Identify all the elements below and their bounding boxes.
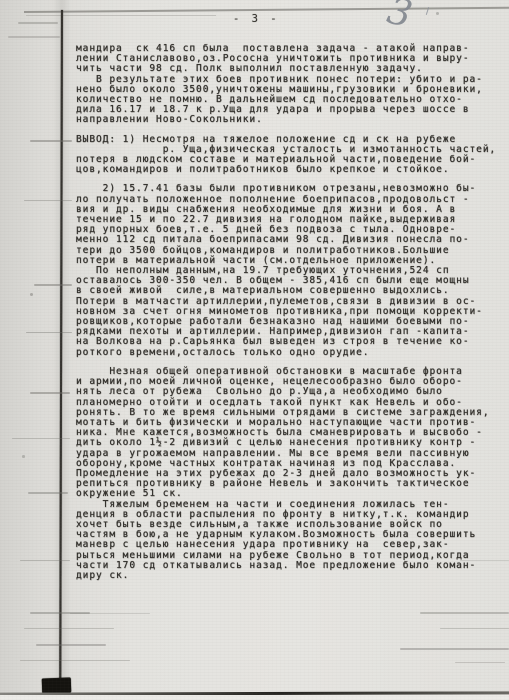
scan-speck — [30, 293, 33, 296]
text-line: дить около 1½-2 дивизий с целью нанесени… — [76, 438, 504, 448]
text-line: направлении Ново-Сокольники. — [76, 115, 504, 125]
text-line: цов,командиров и политработников было кр… — [76, 165, 504, 175]
page-number: - 3 - — [233, 13, 280, 25]
scan-streak — [20, 660, 130, 661]
scan-streak — [70, 613, 150, 614]
scanned-page: - 3 - 3 мандира ск 416 сп была поставлен… — [0, 0, 509, 700]
top-edge-line — [24, 7, 509, 13]
scan-speck — [22, 455, 25, 458]
scan-streak — [455, 662, 505, 663]
typed-document-text: мандира ск 416 сп была поставлена задача… — [76, 44, 504, 581]
paragraph: 2) 15.7.41 базы были противником отрезан… — [76, 184, 504, 357]
text-line: нять леса от рубежа Свольно до р.Уща,а н… — [76, 387, 504, 397]
handwritten-page-number: 3 — [383, 0, 416, 36]
text-line: части 170 сд откатывались назад. Мое пре… — [76, 561, 504, 571]
scan-streak — [18, 22, 58, 24]
scan-streak — [400, 648, 509, 650]
scan-streak — [440, 628, 509, 629]
scan-streak — [420, 612, 509, 614]
paragraph: ВЫВОД: 1) Несмотря на тяжелое положение … — [76, 135, 504, 176]
page-bottom-edge — [0, 695, 509, 700]
scan-speck — [436, 12, 439, 15]
text-line: роткого времени,осталось только одно ору… — [76, 348, 504, 358]
paragraph: мандира ск 416 сп была поставлена задача… — [76, 44, 504, 126]
ink-blob — [42, 677, 72, 693]
scan-streak — [36, 644, 106, 646]
text-line: окружение 51 ск. — [76, 489, 504, 499]
paragraph: Тяжелым бременем на части и соединения л… — [76, 500, 504, 582]
paragraph: Незная общей оперативной обстановки в ма… — [76, 367, 504, 500]
text-line: диру ск. — [76, 571, 504, 581]
